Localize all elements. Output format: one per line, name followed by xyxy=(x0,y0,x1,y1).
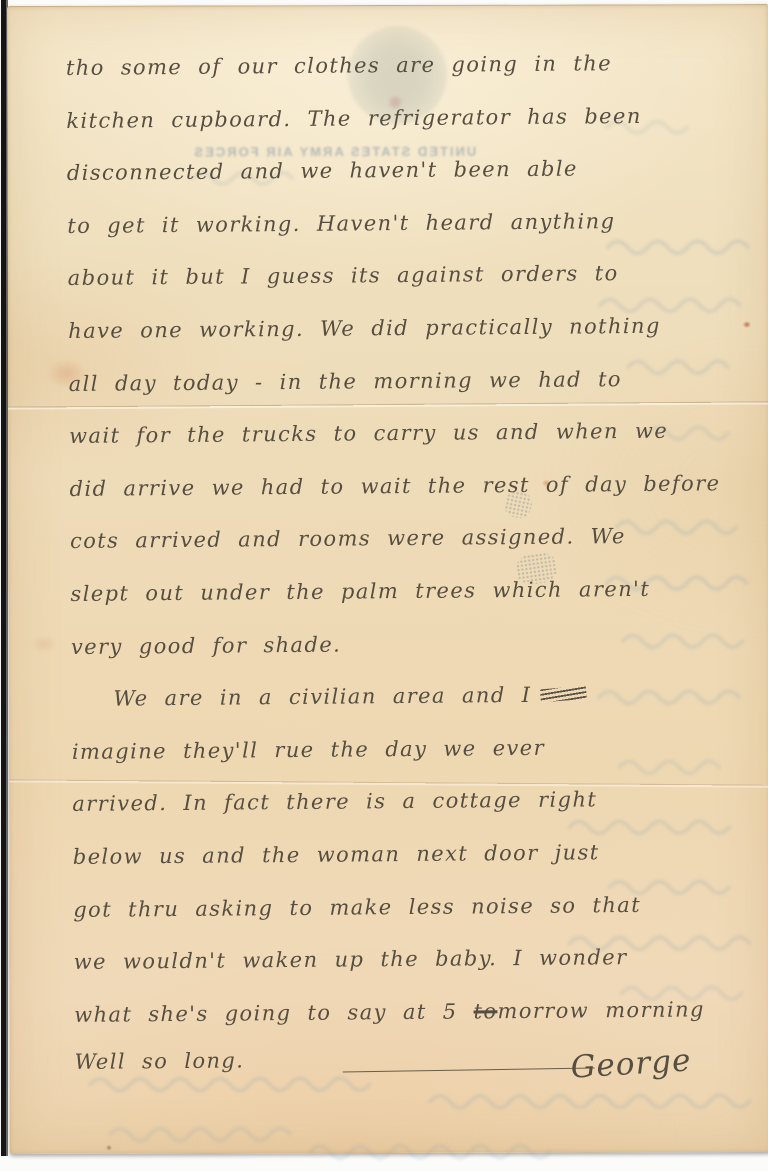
handwritten-line: imagine they'll rue the day we ever xyxy=(72,720,761,779)
handwritten-line: very good for shade. xyxy=(71,614,760,673)
letter-lines: tho some of our clothes are going in the… xyxy=(66,36,764,1041)
handwritten-line: to get it working. Haven't heard anythin… xyxy=(67,194,756,253)
handwritten-line: slept out under the palm trees which are… xyxy=(70,562,759,621)
paper-stain xyxy=(31,635,57,653)
handwritten-line: we wouldn't waken up the baby. I wonder xyxy=(73,930,762,989)
scribbled-out-word xyxy=(540,686,587,703)
closing-phrase: Well so long. xyxy=(74,1049,244,1074)
handwritten-line: what she's going to say at 5 tomorrow mo… xyxy=(74,983,763,1042)
handwritten-line: cots arrived and rooms were assigned. We xyxy=(70,509,759,568)
letter-paper: UNITED STATES ARMY AIR FORCES xyxy=(7,4,768,1154)
signature: George xyxy=(570,1043,693,1086)
handwritten-line: arrived. In fact there is a cottage righ… xyxy=(72,772,761,831)
handwritten-line: tho some of our clothes are going in the xyxy=(66,36,755,95)
handwritten-line: disconnected and we haven't been able xyxy=(67,141,756,200)
handwritten-line: below us and the woman next door just xyxy=(73,825,762,884)
struck-out-word: to xyxy=(473,999,497,1023)
closing-dash-line xyxy=(343,1068,595,1073)
handwritten-line: about it but I guess its against orders … xyxy=(68,246,757,305)
scanned-letter-page: UNITED STATES ARMY AIR FORCES xyxy=(0,0,768,1171)
letter-closing-row: Well so long. George xyxy=(74,1035,764,1161)
handwritten-letter-body: tho some of our clothes are going in the… xyxy=(66,36,765,1161)
handwritten-line: have one working. We did practically not… xyxy=(68,299,757,358)
handwritten-line: We are in a civilian area and I xyxy=(71,667,760,726)
handwritten-line: got thru asking to make less noise so th… xyxy=(73,877,762,936)
handwritten-line: did arrive we had to wait the rest of da… xyxy=(69,457,758,516)
handwritten-line: all day today - in the morning we had to xyxy=(68,351,757,410)
handwritten-line: wait for the trucks to carry us and when… xyxy=(69,404,758,463)
handwritten-line: kitchen cupboard. The refrigerator has b… xyxy=(66,89,755,148)
